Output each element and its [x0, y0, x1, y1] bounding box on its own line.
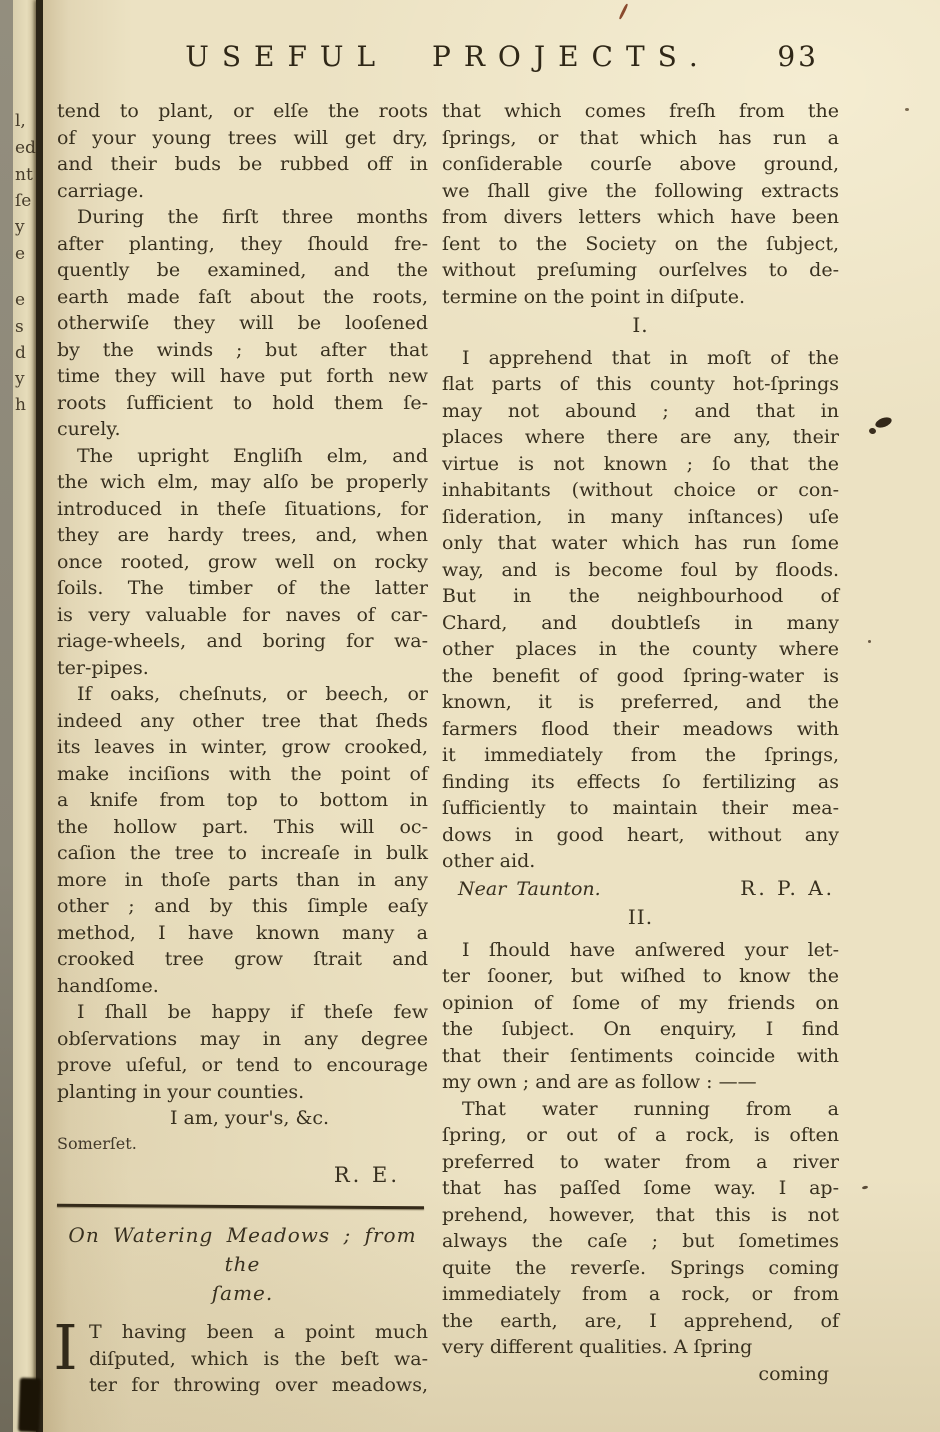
gutter-text-fragment: h — [15, 396, 37, 414]
text-line: ter-pipes. — [57, 655, 428, 682]
text-line: opinion of ſome of my friends on — [442, 990, 839, 1017]
text-line: flat parts of this county hot-ſprings — [442, 371, 839, 398]
gutter-shadow — [36, 0, 43, 1432]
text-line: virtue is not known ; ſo that the — [442, 451, 839, 478]
paragraph-group: I ſhould have anſwered your let-ter ſoon… — [442, 937, 839, 1361]
gutter-text-fragment: nt — [15, 166, 37, 184]
section-divider — [57, 1204, 424, 1210]
text-line: obſervations may in any degree — [57, 1026, 428, 1053]
paragraph: I apprehend that in moſt of theflat part… — [442, 345, 839, 875]
gutter-text-fragment: s — [15, 318, 37, 336]
text-line: and their buds be rubbed off in — [57, 151, 428, 178]
text-line: Chard, and doubtleſs in many — [442, 610, 839, 637]
text-line: after planting, they ſhould fre- — [57, 231, 428, 258]
text-line: riage-wheels, and boring for wa- — [57, 628, 428, 655]
paragraph: I ſhould have anſwered your let-ter ſoon… — [442, 937, 839, 1096]
text-line: carriage. — [57, 178, 428, 205]
text-line: always the caſe ; but ſometimes — [442, 1228, 839, 1255]
ink-mark — [868, 640, 871, 643]
text-line: crooked tree grow ſtrait and — [57, 946, 428, 973]
gutter-text-fragment: e — [15, 245, 37, 263]
paragraph: that which comes freſh from theſprings, … — [442, 98, 839, 310]
right-column: that which comes freſh from theſprings, … — [442, 98, 839, 1399]
section-title-line: ſame. — [57, 1279, 428, 1308]
place-line: Somerſet. — [57, 1134, 428, 1154]
text-line: dows in good heart, without any — [442, 822, 839, 849]
gutter-text-fragment: ſe — [15, 192, 37, 210]
text-line: they are hardy trees, and, when — [57, 522, 428, 549]
text-line: ter for throwing over meadows, — [57, 1372, 428, 1399]
dropcap-lines: T having been a point muchdiſputed, whic… — [57, 1319, 428, 1372]
paragraph-group: that which comes freſh from theſprings, … — [442, 98, 839, 310]
paragraph: tend to plant, or elſe the rootsof your … — [57, 98, 428, 204]
gutter-text-fragment: l, — [15, 112, 37, 130]
text-line: places where there are any, their — [442, 424, 839, 451]
text-line: a knife from top to bottom in — [57, 787, 428, 814]
paragraph: During the firſt three monthsafter plant… — [57, 204, 428, 443]
text-line: ſprings, or that which has run a — [442, 125, 839, 152]
text-line: conſiderable courſe above ground, — [442, 151, 839, 178]
text-line: more in thoſe parts than in any — [57, 867, 428, 894]
text-columns: tend to plant, or elſe the rootsof your … — [57, 98, 839, 1399]
text-line: without preſuming ourſelves to de- — [442, 257, 839, 284]
text-line: very different qualities. A ſpring — [442, 1334, 839, 1361]
signature-row: Near Taunton. R. P. A. — [442, 875, 839, 903]
paragraph-group: tend to plant, or elſe the rootsof your … — [57, 98, 428, 1105]
gutter-text-fragment: y — [15, 370, 37, 388]
text-line: ſpring, or out of a rock, is often — [442, 1122, 839, 1149]
text-line: other places in the county where — [442, 636, 839, 663]
page-number: 93 — [777, 40, 819, 73]
place-line: Near Taunton. — [458, 876, 601, 903]
text-line: make inciſions with the point of — [57, 761, 428, 788]
text-line: known, it is preferred, and the — [442, 689, 839, 716]
text-line: time they will have put forth new — [57, 363, 428, 390]
text-line: the earth, are, I apprehend, of — [442, 1308, 839, 1335]
text-line: other ; and by this ſimple eaſy — [57, 893, 428, 920]
text-line: that which comes freſh from the — [442, 98, 839, 125]
text-line: caſion the tree to increaſe in bulk — [57, 840, 428, 867]
text-line: that has paſſed ſome way. I ap- — [442, 1175, 839, 1202]
text-line: roots ſufficient to hold them ſe- — [57, 390, 428, 417]
text-line: quite the reverſe. Springs coming — [442, 1255, 839, 1282]
text-line: we ſhall give the following extracts — [442, 178, 839, 205]
text-line: prehend, however, that this is not — [442, 1202, 839, 1229]
paragraph: The upright Engliſh elm, andthe wich elm… — [57, 443, 428, 682]
left-column: tend to plant, or elſe the rootsof your … — [57, 98, 428, 1399]
signature: R. P. A. — [740, 875, 835, 902]
paragraph-group: I apprehend that in moſt of theflat part… — [442, 345, 839, 875]
text-line: ter ſooner, but wiſhed to know the — [442, 963, 839, 990]
section-title: On Watering Meadows ; from the ſame. — [57, 1221, 428, 1308]
text-line: T having been a point much — [57, 1319, 428, 1346]
signature: R. E. — [57, 1162, 428, 1189]
text-line: inhabitants (without choice or con- — [442, 477, 839, 504]
text-line: introduced in theſe ſituations, for — [57, 496, 428, 523]
text-line: During the firſt three months — [57, 204, 428, 231]
text-line: prove uſeful, or tend to encourage — [57, 1052, 428, 1079]
text-line: handſome. — [57, 973, 428, 1000]
text-line: the benefit of good ſpring-water is — [442, 663, 839, 690]
text-line: ſufficiently to maintain their mea- — [442, 795, 839, 822]
text-line: quently be examined, and the — [57, 257, 428, 284]
text-line: only that water which has run ſome — [442, 530, 839, 557]
paragraph: That water running from aſpring, or out … — [442, 1096, 839, 1361]
paragraph: I ſhall be happy if theſe fewobſervation… — [57, 999, 428, 1105]
text-line: the hollow part. This will oc- — [57, 814, 428, 841]
text-line: If oaks, cheſnuts, or beech, or — [57, 681, 428, 708]
text-line: is very valuable for naves of car- — [57, 602, 428, 629]
book-page-scan: l,edntſeyeesdyh USEFUL PROJECTS. 93 tend… — [0, 0, 940, 1432]
gutter-text-fragment: y — [15, 218, 37, 236]
text-line: termine on the point in diſpute. — [442, 284, 839, 311]
text-line: planting in your counties. — [57, 1079, 428, 1106]
gutter-shadow-bottom — [18, 1378, 41, 1432]
text-line: the ſubject. On enquiry, I find — [442, 1016, 839, 1043]
facing-page-edge: l,edntſeyeesdyh — [13, 0, 38, 1432]
text-line: method, I have known many a — [57, 920, 428, 947]
text-line: from divers letters which have been — [442, 204, 839, 231]
text-line: immediately from a rock, or from — [442, 1281, 839, 1308]
scan-edge-strip — [0, 0, 13, 1432]
text-line: it immediately from the ſprings, — [442, 742, 839, 769]
text-line: once rooted, grow well on rocky — [57, 549, 428, 576]
text-line: may not abound ; and that in — [442, 398, 839, 425]
paragraph: If oaks, cheſnuts, or beech, orindeed an… — [57, 681, 428, 999]
closing-line: I am, your's, &c. — [57, 1105, 428, 1132]
text-line: of your young trees will get dry, — [57, 125, 428, 152]
opening-paragraph: I T having been a point muchdiſputed, wh… — [57, 1319, 428, 1399]
text-line: earth made faſt about the roots, — [57, 284, 428, 311]
text-line: curely. — [57, 416, 428, 443]
gutter-text-fragment: e — [15, 291, 37, 309]
text-line: indeed any other tree that ſheds — [57, 708, 428, 735]
gutter-text-fragment: ed — [15, 139, 37, 157]
text-line: That water running from a — [442, 1096, 839, 1123]
text-line: ſoils. The timber of the latter — [57, 575, 428, 602]
catchword: coming — [442, 1361, 839, 1388]
text-line: my own ; and are as follow : —— — [442, 1069, 839, 1096]
drop-cap: I — [49, 1323, 82, 1375]
section-title-line: On Watering Meadows ; from the — [57, 1221, 428, 1279]
text-line: ſent to the Society on the ſubject, — [442, 231, 839, 258]
text-line: I ſhould have anſwered your let- — [442, 937, 839, 964]
letter-one-heading: I. — [442, 312, 839, 339]
text-line: its leaves in winter, grow crooked, — [57, 734, 428, 761]
text-line: that their ſentiments coincide with — [442, 1043, 839, 1070]
text-line: finding its effects ſo fertilizing as — [442, 769, 839, 796]
text-line: other aid. — [442, 848, 839, 875]
page-title: USEFUL PROJECTS. — [185, 40, 710, 73]
text-line: the wich elm, may alſo be properly — [57, 469, 428, 496]
text-line: I apprehend that in moſt of the — [442, 345, 839, 372]
page-content: USEFUL PROJECTS. 93 tend to plant, or el… — [57, 0, 839, 1399]
letter-two-heading: II. — [442, 904, 839, 931]
text-line: preferred to water from a river — [442, 1149, 839, 1176]
text-line: otherwiſe they will be looſened — [57, 310, 428, 337]
text-line: The upright Engliſh elm, and — [57, 443, 428, 470]
page: USEFUL PROJECTS. 93 tend to plant, or el… — [43, 0, 940, 1432]
text-line: farmers flood their meadows with — [442, 716, 839, 743]
running-head: USEFUL PROJECTS. 93 — [57, 0, 839, 96]
text-line: But in the neighbourhood of — [442, 583, 839, 610]
text-line: I ſhall be happy if theſe few — [57, 999, 428, 1026]
text-line: ſideration, in many inſtances) uſe — [442, 504, 839, 531]
text-line: tend to plant, or elſe the roots — [57, 98, 428, 125]
text-line: way, and is become foul by floods. — [442, 557, 839, 584]
gutter-text-fragment: d — [15, 344, 37, 362]
text-line: by the winds ; but after that — [57, 337, 428, 364]
ink-mark — [905, 108, 909, 111]
text-line: diſputed, which is the beſt wa- — [57, 1346, 428, 1373]
